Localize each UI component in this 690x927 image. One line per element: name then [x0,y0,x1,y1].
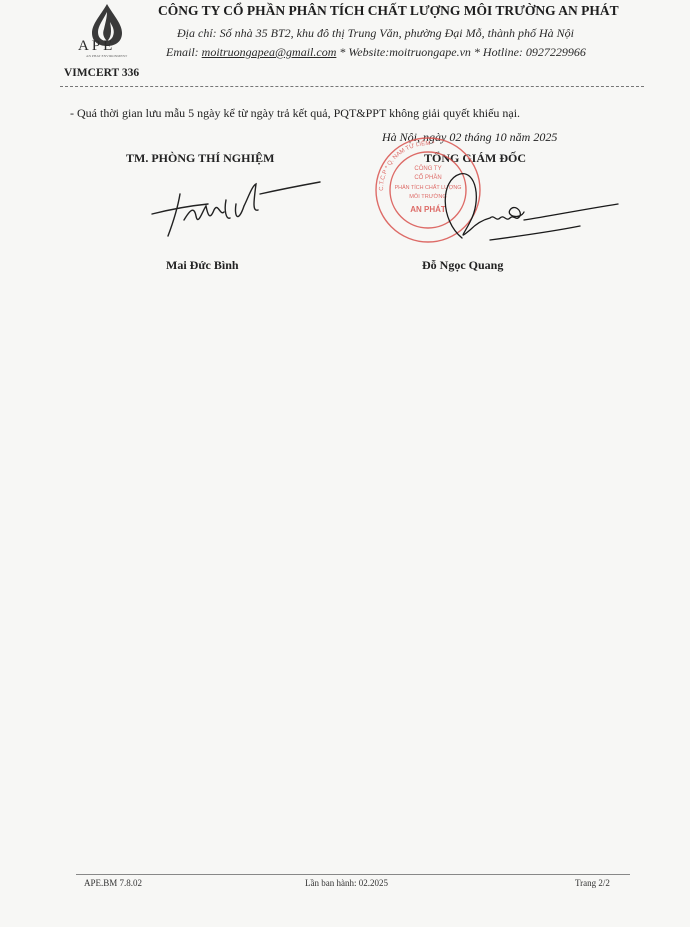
form-code: APE.BM 7.8.02 [84,878,142,888]
email-link[interactable]: moitruongapea@gmail.com [202,45,337,59]
issue-info: Lần ban hành: 02.2025 [305,878,388,888]
storage-note: - Quá thời gian lưu mẫu 5 ngày kể từ ngà… [70,106,520,121]
lab-signature-icon [148,176,323,246]
lab-signatory-name: Mai Đức Bình [166,258,239,273]
director-signature-icon [410,160,625,250]
director-signatory-name: Đỗ Ngọc Quang [422,258,503,273]
document-page: APE AN PHAT ENVIRONMENT VIMCERT 336 CÔNG… [0,0,690,927]
lab-signatory-title: TM. PHÒNG THÍ NGHIỆM [126,151,274,166]
email-label: Email: [166,45,202,59]
company-name: CÔNG TY CỔ PHẦN PHÂN TÍCH CHẤT LƯỢNG MÔI… [158,3,619,19]
company-address: Địa chỉ: Số nhà 35 BT2, khu đô thị Trung… [177,26,574,41]
certification-code: VIMCERT 336 [64,67,139,79]
footer-divider [76,874,630,875]
page-number: Trang 2/2 [575,878,610,888]
header-divider [60,86,644,87]
logo-text: APE [78,38,115,55]
website-hotline: * Website:moitruongape.vn * Hotline: 092… [336,45,586,59]
company-contact: Email: moitruongapea@gmail.com * Website… [166,45,586,60]
logo-subtext: AN PHAT ENVIRONMENT [86,54,127,58]
water-drop-logo-icon [66,2,148,72]
